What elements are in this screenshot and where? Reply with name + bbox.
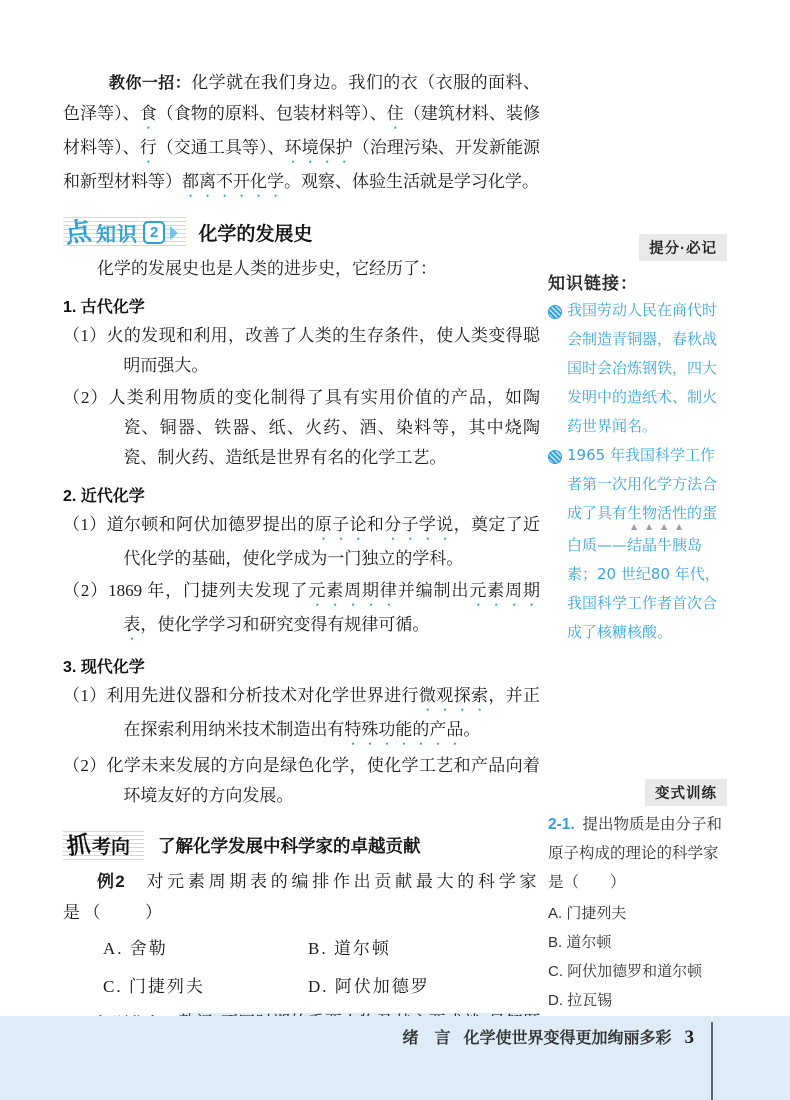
item-text: ，使化学学习和研究变得有规律可循。 xyxy=(140,615,429,634)
emphasized-text: 住 xyxy=(387,104,404,123)
variant-question: 2-1. 提出物质是由分子和原子构成的理论的科学家是（ ） xyxy=(548,810,727,897)
exam-focus-header: 抓 考向 了解化学发展中科学家的卓越贡献 xyxy=(63,831,540,860)
option-b: B. 道尔顿 xyxy=(308,934,540,963)
variant-option-b: B. 道尔顿 xyxy=(548,928,727,957)
emphasized-text: 特殊功能的产品 xyxy=(344,720,463,739)
arrow-right-icon xyxy=(170,226,178,240)
intro-lead: 教你一招： xyxy=(109,75,191,92)
item-text: 和 xyxy=(367,515,384,534)
link-text: 的蛋白质——结晶牛胰岛素；20 世纪80 年代，我国科学工作者首次合成了核糖核酸… xyxy=(567,504,720,641)
option-d: D. 阿伏加德罗 xyxy=(308,972,540,1001)
item-text: 。 xyxy=(463,720,480,739)
textbook-page: 教你一招：化学就在我们身边。我们的衣（衣服的面料、色泽等）、食（食物的原料、包装… xyxy=(0,0,790,1100)
knowledge-badge-label: 知识 xyxy=(96,218,138,247)
item-prefix: （2） xyxy=(63,581,108,600)
knowledge-point-badge: 点 知识 2 xyxy=(63,217,186,248)
emphasized-text: 分子学说 xyxy=(384,515,453,534)
variant-option-a: A. 门捷列夫 xyxy=(548,899,727,928)
example-question: 例2 对元素周期表的编排作出贡献最大的科学家是（ ） xyxy=(63,866,540,928)
knowledge-link-text: 我国劳动人民在商代时会制造青铜器，春秋战国时会冶炼钢铁，四大发明中的造纸术、制火… xyxy=(567,296,727,441)
emphasized-text: 微观探索 xyxy=(419,686,488,705)
emphasized-text: 元素周期律 xyxy=(308,581,397,600)
list-item: （1）道尔顿和阿伏加德罗提出的原子论和分子学说，奠定了近代化学的基础，使化学成为… xyxy=(63,510,540,574)
item-text: 火的发现和利用，改善了人类的生存条件，使人类变得聪明而强大。 xyxy=(107,326,540,375)
variant-question-number: 2-1. xyxy=(548,816,575,833)
intro-text: 。观察、体验生活就是学习化学。 xyxy=(284,172,539,191)
list-item: （2）1869 年，门捷列夫发现了元素周期律并编制出元素周期表，使化学学习和研究… xyxy=(63,576,540,644)
item-text: 利用先进仪器和分析技术对化学世界进行 xyxy=(107,686,419,705)
emphasized-text: 都离不开化学 xyxy=(182,172,284,191)
example-options: A. 舍勒 B. 道尔顿 C. 门捷列夫 D. 阿伏加德罗 xyxy=(63,934,540,1001)
section-title: 化学的发展史 xyxy=(198,219,312,246)
exam-focus-title: 了解化学发展中科学家的卓越贡献 xyxy=(158,833,421,858)
example-label: 例2 xyxy=(97,872,126,891)
knowledge-number-box: 2 xyxy=(143,221,165,244)
list-item: （1）利用先进仪器和分析技术对化学世界进行微观探索，并正在探索利用纳米技术制造出… xyxy=(63,681,540,749)
item-prefix: （1） xyxy=(63,326,107,345)
main-column: 教你一招：化学就在我们身边。我们的衣（衣服的面料、色泽等）、食（食物的原料、包装… xyxy=(63,68,540,1087)
item-text: 人类利用物质的变化制得了具有实用价值的产品，如陶瓷、铜器、铁器、纸、火药、酒、染… xyxy=(109,388,540,467)
emphasized-text: 行 xyxy=(140,138,157,157)
page-footer: 绪 言 化学使世界变得更加绚丽多彩 3 xyxy=(0,1016,790,1100)
item-text: 1869 年，门捷列夫发现了 xyxy=(108,581,308,600)
variant-option-d: D. 拉瓦锡 xyxy=(548,986,727,1015)
exam-focus-badge-label: 考向 xyxy=(92,832,130,859)
list-item: （2）化学未来发展的方向是绿色化学，使化学工艺和产品向着环境友好的方向发展。 xyxy=(63,751,540,811)
intro-text: （交通工具等）、 xyxy=(157,138,285,157)
subsection-heading-ancient: 1. 古代化学 xyxy=(63,294,540,317)
item-prefix: （2） xyxy=(63,756,107,775)
footer-title: 化学使世界变得更加绚丽多彩 xyxy=(463,1025,671,1048)
item-prefix: （1） xyxy=(63,686,107,705)
example-question-text: 对元素周期表的编排作出贡献最大的科学家是（ ） xyxy=(63,872,540,922)
emphasized-text: 环境保护 xyxy=(285,138,353,157)
knowledge-link-item: 1965 年我国科学工作者第一次用化学方法合成了具有生物活性的蛋白质——结晶牛胰… xyxy=(548,441,727,647)
option-c: C. 门捷列夫 xyxy=(103,972,308,1001)
footer-divider-line xyxy=(711,1022,713,1100)
list-item: （2）人类利用物质的变化制得了具有实用价值的产品，如陶瓷、铜器、铁器、纸、火药、… xyxy=(63,383,540,473)
option-a: A. 舍勒 xyxy=(103,934,308,963)
list-item: （1）火的发现和利用，改善了人类的生存条件，使人类变得聪明而强大。 xyxy=(63,321,540,381)
knowledge-link-text: 1965 年我国科学工作者第一次用化学方法合成了具有生物活性的蛋白质——结晶牛胰… xyxy=(567,441,727,647)
subsection-heading-contemporary: 3. 现代化学 xyxy=(63,654,540,677)
intro-text: （食物的原料、包装材料等）、 xyxy=(157,104,387,123)
circle-bullet-icon xyxy=(548,305,562,319)
variant-option-c: C. 阿伏加德罗和道尔顿 xyxy=(548,957,727,986)
footer-text: 绪 言 化学使世界变得更加绚丽多彩 3 xyxy=(402,1025,694,1049)
margin-column: 提分·必记 知识链接： 我国劳动人民在商代时会制造青铜器，春秋战国时会冶炼钢铁，… xyxy=(548,68,727,1087)
variant-question-text: 提出物质是由分子和原子构成的理论的科学家是（ ） xyxy=(548,816,722,891)
item-prefix: （2） xyxy=(63,388,109,407)
section-header: 点 知识 2 化学的发展史 xyxy=(63,217,540,248)
exam-focus-badge: 抓 考向 xyxy=(63,831,144,860)
footer-chapter: 绪 言 xyxy=(402,1025,450,1048)
emphasized-text: 食 xyxy=(140,104,157,123)
circle-bullet-icon xyxy=(548,450,562,464)
item-text: 道尔顿和阿伏加德罗提出的 xyxy=(107,515,315,534)
item-prefix: （1） xyxy=(63,515,107,534)
emphasized-text: 原子论 xyxy=(315,515,367,534)
section-lede: 化学的发展史也是人类的进步史，它经历了： xyxy=(63,254,540,284)
item-text: 化学未来发展的方向是绿色化学，使化学工艺和产品向着环境友好的方向发展。 xyxy=(107,756,540,805)
variant-training-badge: 变式训练 xyxy=(645,779,727,806)
subsection-heading-modern: 2. 近代化学 xyxy=(63,483,540,506)
brush-zhua-glyph: 抓 xyxy=(66,833,92,859)
score-tip-badge: 提分·必记 xyxy=(639,234,727,261)
emphasized-text: 生物活性 xyxy=(627,504,687,522)
page-number: 3 xyxy=(685,1027,695,1049)
brush-dot-glyph: 点 xyxy=(63,218,92,247)
content-columns: 教你一招：化学就在我们身边。我们的衣（衣服的面料、色泽等）、食（食物的原料、包装… xyxy=(0,0,790,1087)
item-text: 并编制出 xyxy=(398,581,470,600)
intro-paragraph: 教你一招：化学就在我们身边。我们的衣（衣服的面料、色泽等）、食（食物的原料、包装… xyxy=(63,68,540,201)
knowledge-links-heading: 知识链接： xyxy=(548,269,727,294)
knowledge-link-item: 我国劳动人民在商代时会制造青铜器，春秋战国时会冶炼钢铁，四大发明中的造纸术、制火… xyxy=(548,296,727,441)
